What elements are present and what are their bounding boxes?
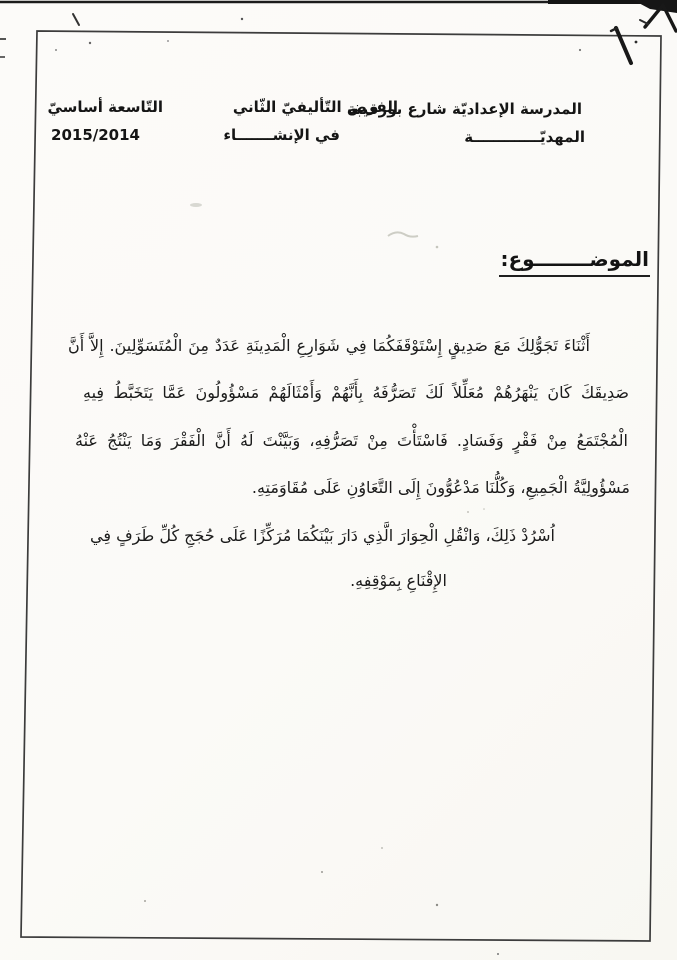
subject-heading: الموضــــــــوع: (499, 246, 650, 277)
speck (467, 511, 469, 513)
small-dash-mark (640, 20, 648, 24)
speck (381, 847, 383, 849)
school-year-line: 2015/2014 (51, 125, 140, 146)
essay-line-4: مَسْؤُولِيَّةُ الْجَمِيعِ، وَكُلُّنَا مَ… (252, 473, 630, 503)
faint-smudge (388, 232, 418, 236)
speck (241, 18, 243, 20)
school-name-line2: المهديّـــــــــــــة (464, 127, 585, 148)
tick-mark (73, 14, 79, 25)
exam-title-line1: الفرض التّأليفيّ الثّاني (233, 97, 398, 118)
speck (321, 871, 323, 873)
grade-level-line: التّاسعة أساسيّ (47, 97, 163, 118)
pen-mark-hook (611, 28, 617, 31)
speck (483, 508, 485, 510)
corner-pen-mark (645, 5, 676, 31)
essay-line-6: الإِقْنَاعِ بِمَوْقِفِهِ. (350, 566, 447, 596)
essay-line-3: الْمُجْتَمَعُ مِنْ فَقْرٍ وَفَسَادٍ. فَا… (75, 426, 628, 456)
speck (579, 49, 581, 51)
essay-line-5: اُسْرُدْ ذَلِكَ، وَانْقُلِ الْحِوَارَ ال… (90, 521, 555, 551)
faint-smudge (190, 203, 202, 207)
scanned-exam-page: المدرسة الإعداديّة شارع بورقيبة المهديّـ… (0, 0, 677, 960)
diagonal-pen-mark (616, 28, 631, 63)
speck (635, 41, 638, 44)
scan-edge-blob (633, 0, 677, 13)
speck (167, 40, 169, 42)
essay-line-2: صَدِيقَكَ كَانَ يَنْهَرُهُمْ مُعَلِّلاً … (83, 378, 629, 408)
speck (436, 904, 438, 906)
speck (55, 49, 57, 51)
speck (436, 246, 439, 249)
speck (89, 42, 91, 44)
essay-line-1: أَثْنَاءَ تَجَوُّلِكَ مَعَ صَدِيقٍ إِسْت… (68, 331, 590, 361)
exam-title-line2: في الإنشـــــــاء (223, 125, 340, 146)
speck (144, 900, 146, 902)
speck (497, 953, 499, 955)
